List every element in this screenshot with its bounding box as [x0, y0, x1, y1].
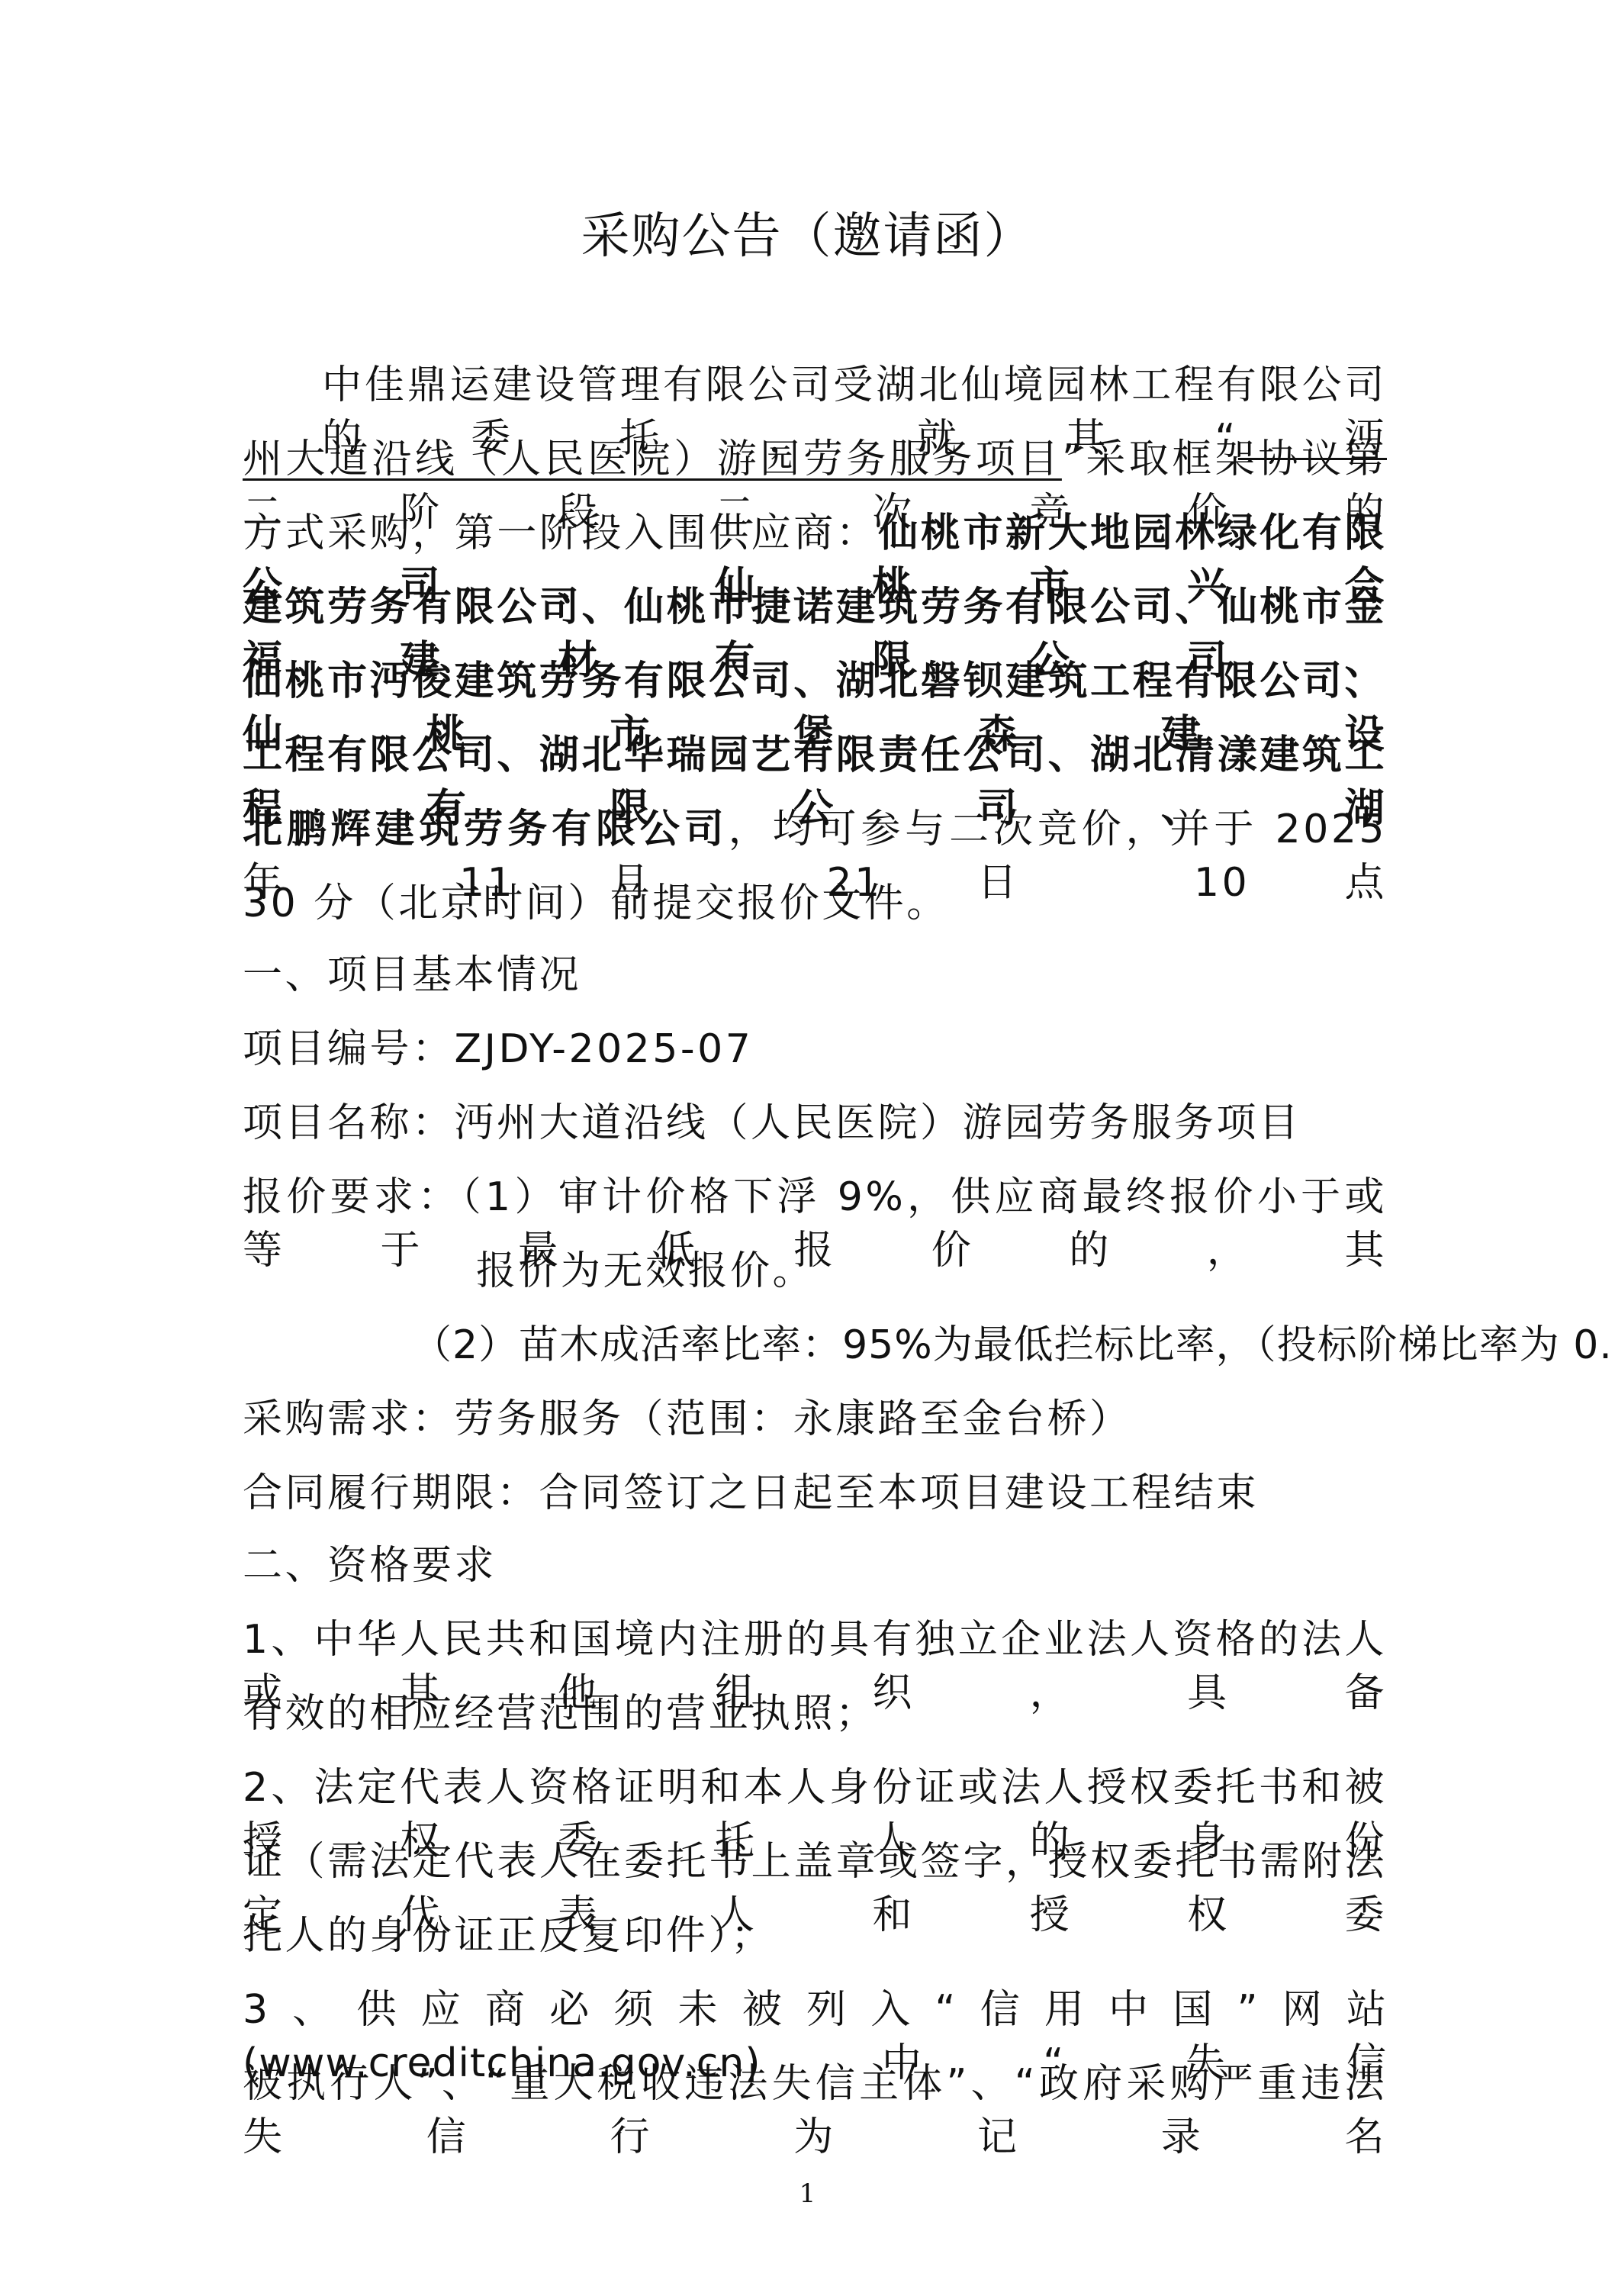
qualification-item-2-cont2: 托人的身份证正反复印件）；: [243, 1909, 1387, 1963]
section-heading-2: 二、资格要求: [243, 1539, 1387, 1592]
intro-text: 方式采购，第一阶段入围供应商：: [243, 510, 878, 556]
project-number: 项目编号：ZJDY-2025-07: [243, 1022, 1387, 1076]
supplier-list: 北鹏辉建筑劳务有限公司: [243, 807, 729, 852]
procurement-needs: 采购需求：劳务服务（范围：永康路至金台桥）: [243, 1393, 1387, 1446]
project-name: 项目名称：沔州大道沿线（人民医院）游园劳务服务项目: [243, 1096, 1387, 1150]
price-requirement-1-cont: 报价为无效报价。: [476, 1245, 1615, 1298]
page-number: 1: [0, 2178, 1615, 2209]
contract-period: 合同履行期限：合同签订之日起至本项目建设工程结束: [243, 1467, 1387, 1520]
document-page: 采购公告（邀请函） 中佳鼎运建设管理有限公司受湖北仙境园林工程有限公司的委托，就…: [0, 0, 1615, 2296]
price-requirement-2: （2）苗木成活率比率：95%为最低拦标比率，（投标阶梯比率为 0.5%）。: [412, 1319, 1556, 1372]
section-heading-1: 一、项目基本情况: [243, 948, 1387, 1002]
intro-line-8: 30 分（北京时间）前提交报价文件。: [243, 877, 1387, 930]
qualification-item-1-cont: 有效的相应经营范围的营业执照；: [243, 1687, 1387, 1741]
project-name-link: 州大道沿线（人民医院）游园劳务服务项目: [243, 436, 1062, 482]
page-title: 采购公告（邀请函）: [0, 206, 1615, 267]
qualification-item-3-cont: 被执行人”、“重大税收违法失信主体”、“政府采购严重违法失信行为记录名: [243, 2057, 1387, 2164]
